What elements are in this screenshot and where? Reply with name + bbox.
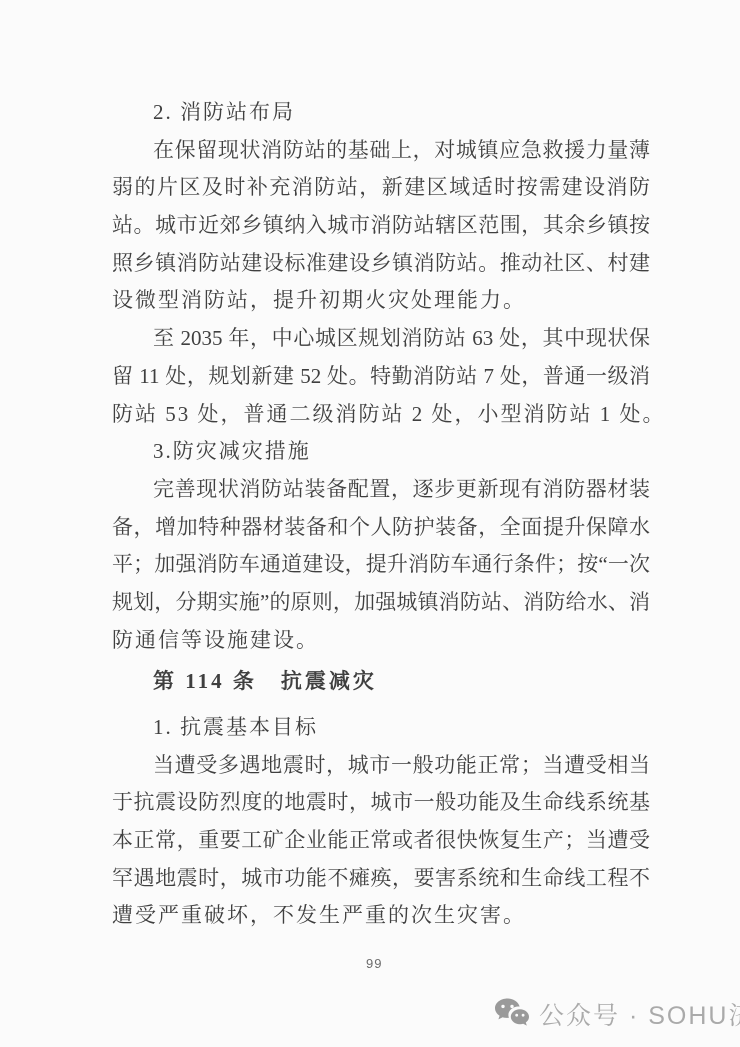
body-text-line: 弱的片区及时补充消防站，新建区域适时按需建设消防 (112, 169, 650, 207)
body-text-line: 遭受严重破坏，不发生严重的次生灾害。 (112, 897, 650, 935)
body-text-line: 于抗震设防烈度的地震时，城市一般功能及生命线系统基 (112, 784, 650, 822)
watermark-text: 公众号 · SOHU济宁 (539, 996, 740, 1032)
section-heading-disaster-measures: 3.防灾减灾措施 (112, 433, 650, 471)
body-text-line: 至 2035 年，中心城区规划消防站 63 处，其中现状保 (112, 320, 650, 358)
body-text-line: 平；加强消防车通道建设，提升消防车通行条件；按“一次 (112, 546, 650, 584)
body-text-line: 在保留现状消防站的基础上，对城镇应急救援力量薄 (112, 132, 650, 170)
section-heading-fire-station-layout: 2. 消防站布局 (112, 94, 650, 132)
body-text-line: 照乡镇消防站建设标准建设乡镇消防站。推动社区、村建 (112, 245, 650, 283)
body-text-line: 本正常，重要工矿企业能正常或者很快恢复生产；当遭受 (112, 822, 650, 860)
wechat-icon (493, 997, 531, 1031)
article-114-heading: 第 114 条 抗震减灾 (112, 663, 650, 701)
body-text-line: 罕遇地震时，城市功能不瘫痪，要害系统和生命线工程不 (112, 860, 650, 898)
page-number: 99 (366, 956, 382, 971)
body-text-line: 设微型消防站，提升初期火灾处理能力。 (112, 282, 650, 320)
subsection-heading-seismic-goals: 1. 抗震基本目标 (112, 709, 650, 747)
body-text-line: 当遭受多遇地震时，城市一般功能正常；当遭受相当 (112, 747, 650, 785)
body-text-line: 防通信等设施建设。 (112, 622, 650, 660)
body-text-line: 备，增加特种器材装备和个人防护装备，全面提升保障水 (112, 509, 650, 547)
document-page: 2. 消防站布局 在保留现状消防站的基础上，对城镇应急救援力量薄 弱的片区及时补… (0, 0, 740, 1047)
body-text-line: 规划，分期实施”的原则，加强城镇消防站、消防给水、消 (112, 584, 650, 622)
body-text-line: 防站 53 处，普通二级消防站 2 处，小型消防站 1 处。 (112, 396, 650, 434)
document-text: 2. 消防站布局 在保留现状消防站的基础上，对城镇应急救援力量薄 弱的片区及时补… (112, 94, 650, 935)
body-text-line: 留 11 处，规划新建 52 处。特勤消防站 7 处，普通一级消 (112, 358, 650, 396)
watermark: 公众号 · SOHU济宁 (493, 996, 740, 1032)
body-text-line: 站。城市近郊乡镇纳入城市消防站辖区范围，其余乡镇按 (112, 207, 650, 245)
body-text-line: 完善现状消防站装备配置，逐步更新现有消防器材装 (112, 471, 650, 509)
